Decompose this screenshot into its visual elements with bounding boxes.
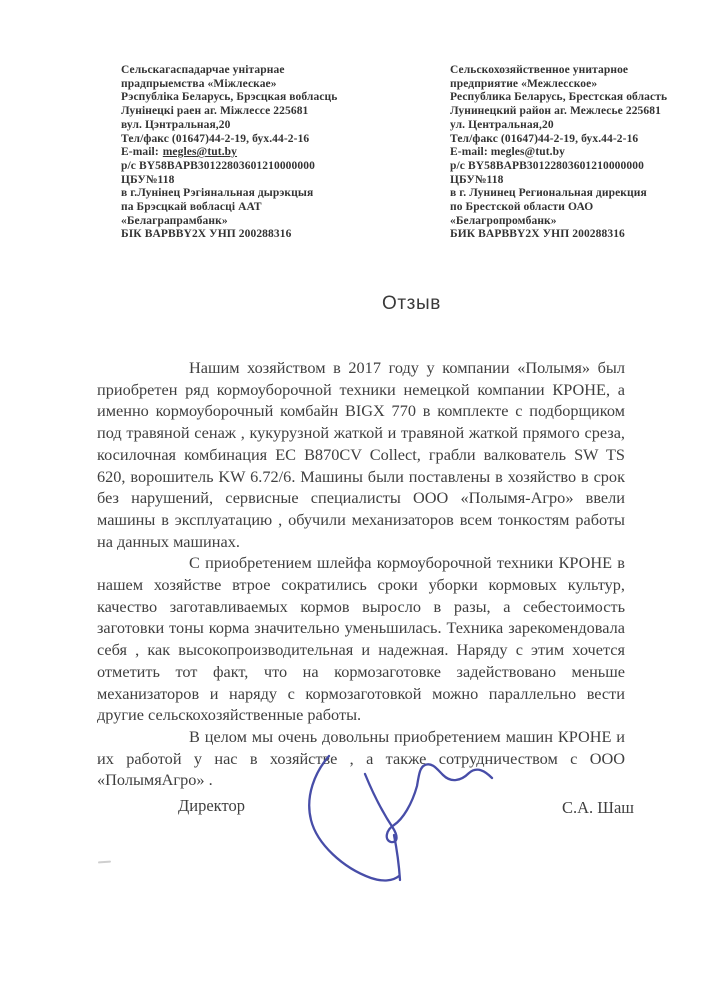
phone-fax-line: Тел/факс (01647)44-2-19, бух.44-2-16 bbox=[121, 133, 451, 147]
signature-stroke-descender bbox=[394, 835, 400, 880]
handwritten-signature-ink bbox=[293, 740, 503, 895]
bik-unp-line: БІК BAPBBY2X УНП 200288316 bbox=[121, 228, 451, 242]
bik-unp-line: БИК BAPBBY2X УНП 200288316 bbox=[450, 228, 705, 242]
org-name-line: Сельскагаспадарчае унітарнае bbox=[121, 64, 451, 78]
letterhead-right-russian: Сельскохозяйственное унитарное предприят… bbox=[450, 64, 705, 242]
signature-stroke-main-loop-tail bbox=[365, 764, 492, 842]
scanned-letter-page: Сельскагаспадарчае унітарнае прадпрыемст… bbox=[0, 0, 707, 1000]
bank-directorate-line: в г.Лунінец Рэгіянальная дырэкцыя bbox=[121, 187, 451, 201]
signature-name: С.А. Шаш bbox=[562, 798, 634, 818]
country-region-line: Республика Беларусь, Брестская область bbox=[450, 91, 705, 105]
email-label: E-mail: bbox=[121, 146, 159, 158]
bank-branch-line: ЦБУ№118 bbox=[121, 174, 451, 188]
letter-body: Нашим хозяйством в 2017 году у компании … bbox=[97, 357, 625, 791]
email-line: E-mail: megles@tut.by bbox=[450, 146, 705, 160]
signature-role-label: Директор bbox=[178, 796, 245, 816]
address-line: Лунінецкі раен аг. Міжлессе 225681 bbox=[121, 105, 451, 119]
bank-region-line: по Брестской области ОАО bbox=[450, 201, 705, 215]
email-link[interactable]: megles@tut.by bbox=[163, 146, 237, 158]
scan-artifact-mark bbox=[98, 861, 111, 864]
street-line: ул. Центральная,20 bbox=[450, 119, 705, 133]
street-line: вул. Цэнтральная,20 bbox=[121, 119, 451, 133]
letterhead-left-belarusian: Сельскагаспадарчае унітарнае прадпрыемст… bbox=[121, 64, 451, 242]
bank-account-line: р/с BY58BAPB30122803601210000000 bbox=[121, 160, 451, 174]
bank-branch-line: ЦБУ№118 bbox=[450, 174, 705, 188]
org-name-line: предприятие «Межлесское» bbox=[450, 78, 705, 92]
address-line: Лунинецкий район аг. Межлесье 225681 bbox=[450, 105, 705, 119]
country-region-line: Рэспубліка Беларусь, Брэсцкая вобласць bbox=[121, 91, 451, 105]
org-name-line: Сельскохозяйственное унитарное bbox=[450, 64, 705, 78]
bank-account-line: р/с BY58BAPB30122803601210000000 bbox=[450, 160, 705, 174]
bank-name-line: «Белаграпрамбанк» bbox=[121, 215, 451, 229]
phone-fax-line: Тел/факс (01647)44-2-19, бух.44-2-16 bbox=[450, 133, 705, 147]
bank-region-line: па Брэсцкай вобласці ААТ bbox=[121, 201, 451, 215]
document-title: Отзыв bbox=[382, 293, 441, 315]
email-line: E-mail:megles@tut.by bbox=[121, 146, 451, 160]
body-paragraph-2: С приобретением шлейфа кормоуборочной те… bbox=[97, 552, 625, 726]
body-paragraph-1: Нашим хозяйством в 2017 году у компании … bbox=[97, 357, 625, 552]
bank-name-line: «Белагропромбанк» bbox=[450, 215, 705, 229]
bank-directorate-line: в г. Лунинец Региональная дирекция bbox=[450, 187, 705, 201]
org-name-line: прадпрыемства «Міжлескае» bbox=[121, 78, 451, 92]
